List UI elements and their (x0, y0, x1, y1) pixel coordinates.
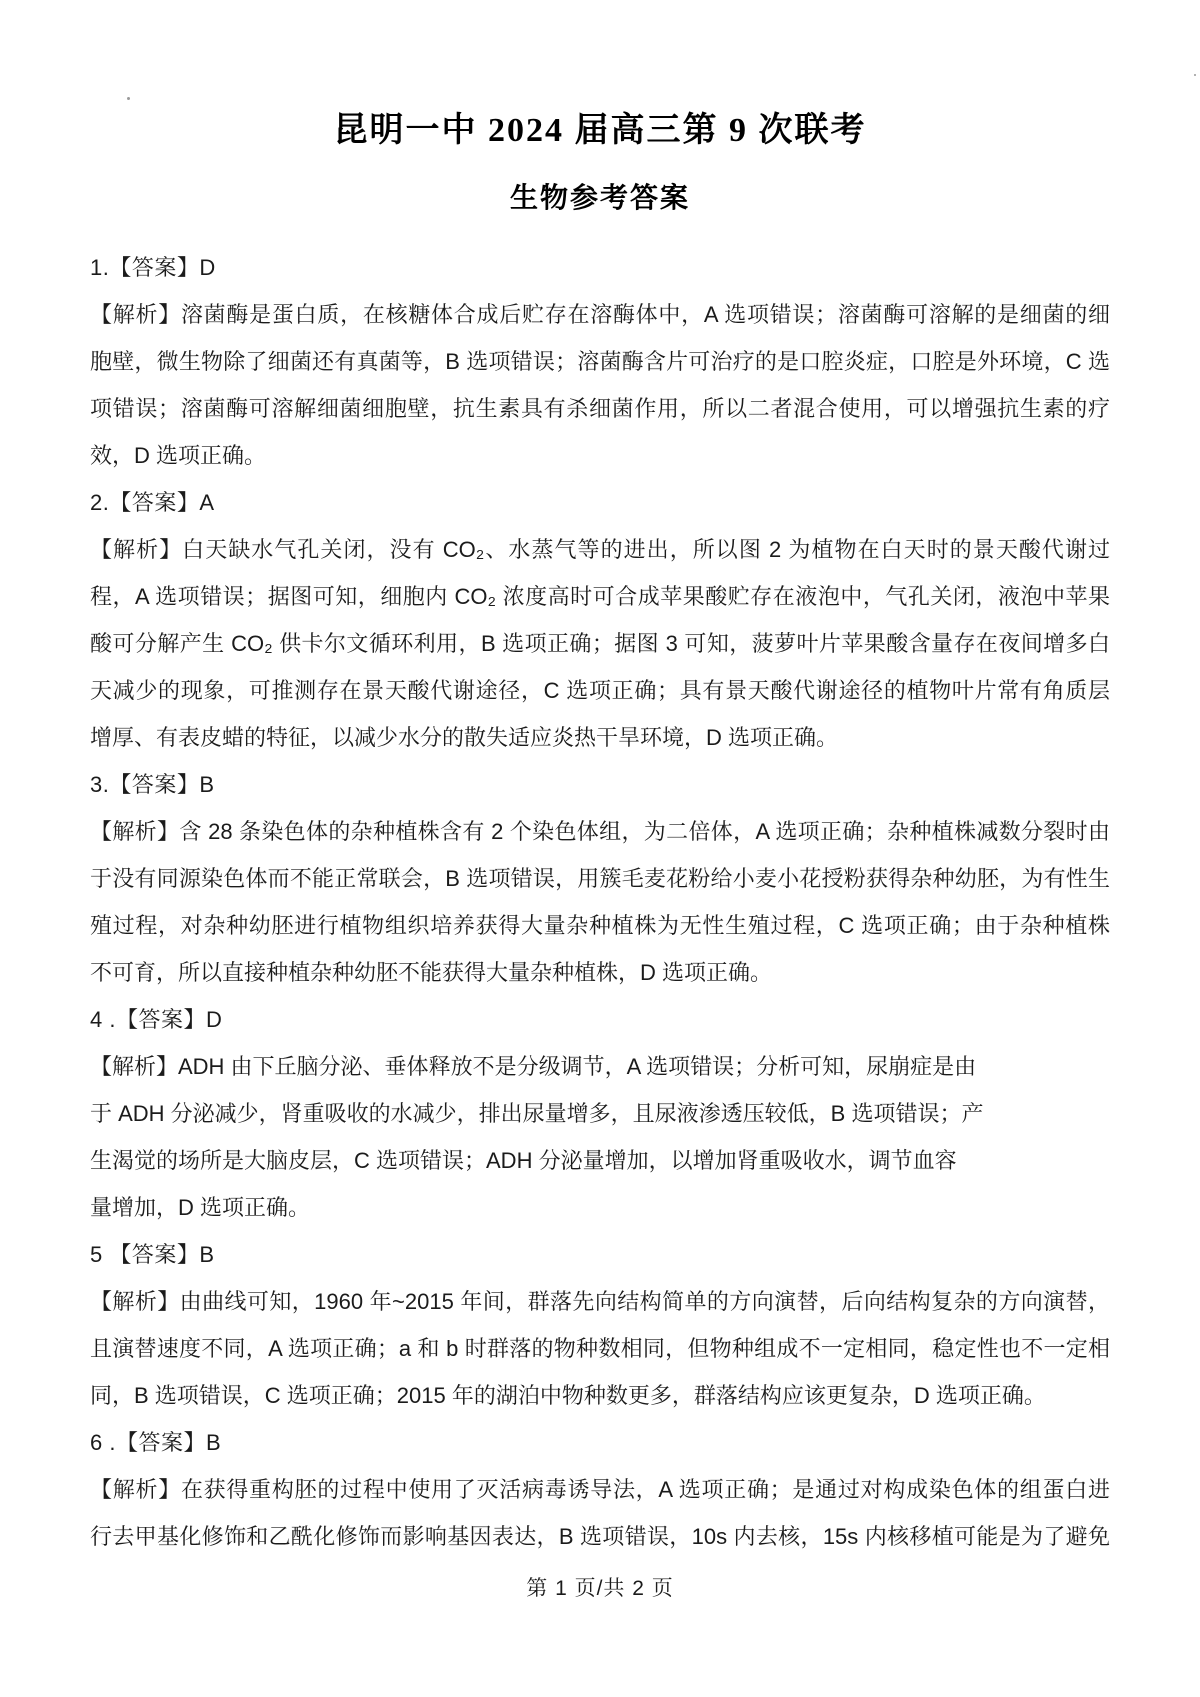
explanation-line: 增厚、有表皮蜡的特征，以减少水分的散失适应炎热干旱环境，D 选项正确。 (90, 714, 1110, 761)
scan-speck (1194, 74, 1196, 76)
answer-heading: 3.【答案】B (90, 761, 1110, 808)
answer-section-5: 5 【答案】B 【解析】由曲线可知，1960 年~2015 年间，群落先向结构简… (90, 1231, 1110, 1419)
explanation-line: 同，B 选项错误，C 选项正确；2015 年的湖泊中物种数更多，群落结构应该更复… (90, 1372, 1110, 1419)
scan-speck (127, 97, 130, 100)
explanation-line: 生渴觉的场所是大脑皮层，C 选项错误；ADH 分泌量增加，以增加肾重吸收水，调节… (90, 1137, 1110, 1184)
answer-heading: 4 .【答案】D (90, 996, 1110, 1043)
explanation-line: 于没有同源染色体而不能正常联会，B 选项错误，用簇毛麦花粉给小麦小花授粉获得杂种… (90, 855, 1110, 902)
document-subtitle: 生物参考答案 (0, 154, 1200, 218)
answer-section-1: 1.【答案】D 【解析】溶菌酶是蛋白质，在核糖体合成后贮存在溶酶体中，A 选项错… (90, 244, 1110, 479)
explanation-line: 【解析】白天缺水气孔关闭，没有 CO₂、水蒸气等的进出，所以图 2 为植物在白天… (90, 526, 1110, 573)
answer-section-3: 3.【答案】B 【解析】含 28 条染色体的杂种植株含有 2 个染色体组，为二倍… (90, 761, 1110, 996)
explanation-line: 【解析】溶菌酶是蛋白质，在核糖体合成后贮存在溶酶体中，A 选项错误；溶菌酶可溶解… (90, 291, 1110, 338)
explanation-line: 殖过程，对杂种幼胚进行植物组织培养获得大量杂种植株为无性生殖过程，C 选项正确；… (90, 902, 1110, 949)
answer-heading: 1.【答案】D (90, 244, 1110, 291)
answer-section-6: 6 .【答案】B 【解析】在获得重构胚的过程中使用了灭活病毒诱导法，A 选项正确… (90, 1419, 1110, 1560)
explanation-line: 效，D 选项正确。 (90, 432, 1110, 479)
answer-section-4: 4 .【答案】D 【解析】ADH 由下丘脑分泌、垂体释放不是分级调节，A 选项错… (90, 996, 1110, 1231)
answer-section-2: 2.【答案】A 【解析】白天缺水气孔关闭，没有 CO₂、水蒸气等的进出，所以图 … (90, 479, 1110, 761)
explanation-line: 不可育，所以直接种植杂种幼胚不能获得大量杂种植株，D 选项正确。 (90, 949, 1110, 996)
answer-heading: 2.【答案】A (90, 479, 1110, 526)
explanation-line: 酸可分解产生 CO₂ 供卡尔文循环利用，B 选项正确；据图 3 可知，菠萝叶片苹… (90, 620, 1110, 667)
explanation-line: 胞壁，微生物除了细菌还有真菌等，B 选项错误；溶菌酶含片可治疗的是口腔炎症，口腔… (90, 338, 1110, 385)
answer-heading: 6 .【答案】B (90, 1419, 1110, 1466)
explanation-line: 【解析】含 28 条染色体的杂种植株含有 2 个染色体组，为二倍体，A 选项正确… (90, 808, 1110, 855)
answer-key-body: 1.【答案】D 【解析】溶菌酶是蛋白质，在核糖体合成后贮存在溶酶体中，A 选项错… (90, 244, 1110, 1560)
page-number: 第 1 页/共 2 页 (0, 1572, 1200, 1602)
explanation-line: 量增加，D 选项正确。 (90, 1184, 1110, 1231)
explanation-line: 行去甲基化修饰和乙酰化修饰而影响基因表达，B 选项错误，10s 内去核，15s … (90, 1513, 1110, 1560)
explanation-line: 天减少的现象，可推测存在景天酸代谢途径，C 选项正确；具有景天酸代谢途径的植物叶… (90, 667, 1110, 714)
document-title: 昆明一中 2024 届高三第 9 次联考 (0, 0, 1200, 154)
explanation-line: 项错误；溶菌酶可溶解细菌细胞壁，抗生素具有杀细菌作用，所以二者混合使用，可以增强… (90, 385, 1110, 432)
explanation-line: 且演替速度不同，A 选项正确；a 和 b 时群落的物种数相同，但物种组成不一定相… (90, 1325, 1110, 1372)
explanation-line: 于 ADH 分泌减少，肾重吸收的水减少，排出尿量增多，且尿液渗透压较低，B 选项… (90, 1090, 1110, 1137)
document-page: 昆明一中 2024 届高三第 9 次联考 生物参考答案 1.【答案】D 【解析】… (0, 0, 1200, 1697)
explanation-line: 【解析】由曲线可知，1960 年~2015 年间，群落先向结构简单的方向演替，后… (90, 1278, 1110, 1325)
explanation-line: 程，A 选项错误；据图可知，细胞内 CO₂ 浓度高时可合成苹果酸贮存在液泡中，气… (90, 573, 1110, 620)
explanation-line: 【解析】ADH 由下丘脑分泌、垂体释放不是分级调节，A 选项错误；分析可知，尿崩… (90, 1043, 1110, 1090)
answer-heading: 5 【答案】B (90, 1231, 1110, 1278)
explanation-line: 【解析】在获得重构胚的过程中使用了灭活病毒诱导法，A 选项正确；是通过对构成染色… (90, 1466, 1110, 1513)
